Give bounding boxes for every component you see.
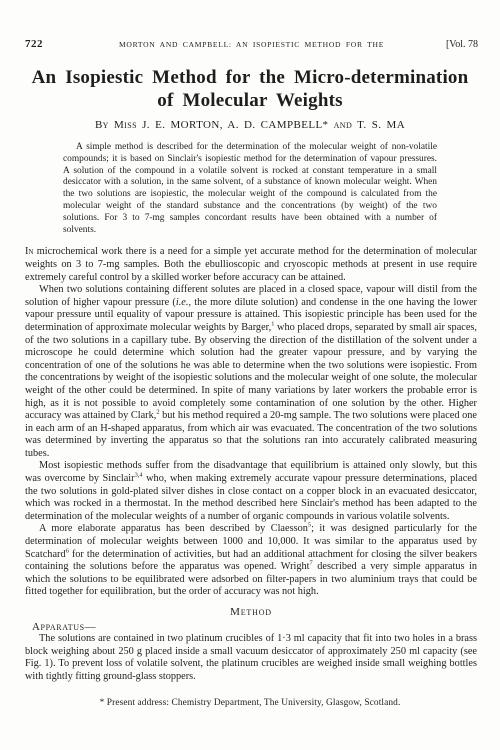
- section-heading-method: Method: [25, 606, 477, 619]
- text-segment: microchemical work there is a need for a…: [25, 246, 477, 282]
- body-paragraph: In microchemical work there is a need fo…: [25, 246, 477, 284]
- page-number: 722: [25, 38, 85, 50]
- text-segment: A more elaborate apparatus has been desc…: [39, 523, 308, 534]
- body-paragraph: When two solutions containing different …: [25, 284, 477, 460]
- page-header: 722 MORTON AND CAMPBELL: AN ISOPIESTIC M…: [0, 0, 500, 50]
- footnote-present-address: * Present address: Chemistry Department,…: [0, 698, 500, 708]
- byline: By Miss J. E. MORTON, A. D. CAMPBELL* an…: [0, 119, 500, 131]
- text-segment: who placed drops, separated by small air…: [25, 322, 477, 421]
- apparatus-paragraph: The solutions are contained in two plati…: [25, 633, 477, 683]
- body-paragraph: Most isopiestic methods suffer from the …: [25, 460, 477, 523]
- text-segment-italic: i.e.,: [176, 297, 191, 308]
- article-title-line2: of Molecular Weights: [0, 89, 500, 112]
- running-title: MORTON AND CAMPBELL: AN ISOPIESTIC METHO…: [85, 40, 418, 49]
- body-paragraph: A more elaborate apparatus has been desc…: [25, 523, 477, 599]
- text-segment-sup: 3,4: [135, 472, 143, 479]
- article-title: An Isopiestic Method for the Micro-deter…: [0, 66, 500, 112]
- article-body: In microchemical work there is a need fo…: [25, 246, 477, 683]
- journal-page: 722 MORTON AND CAMPBELL: AN ISOPIESTIC M…: [0, 0, 500, 750]
- volume-label: [Vol. 78: [418, 39, 478, 50]
- subsection-heading-apparatus: Apparatus—: [32, 621, 477, 634]
- abstract: A simple method is described for the det…: [63, 142, 437, 236]
- article-title-line1: An Isopiestic Method for the Micro-deter…: [0, 66, 500, 89]
